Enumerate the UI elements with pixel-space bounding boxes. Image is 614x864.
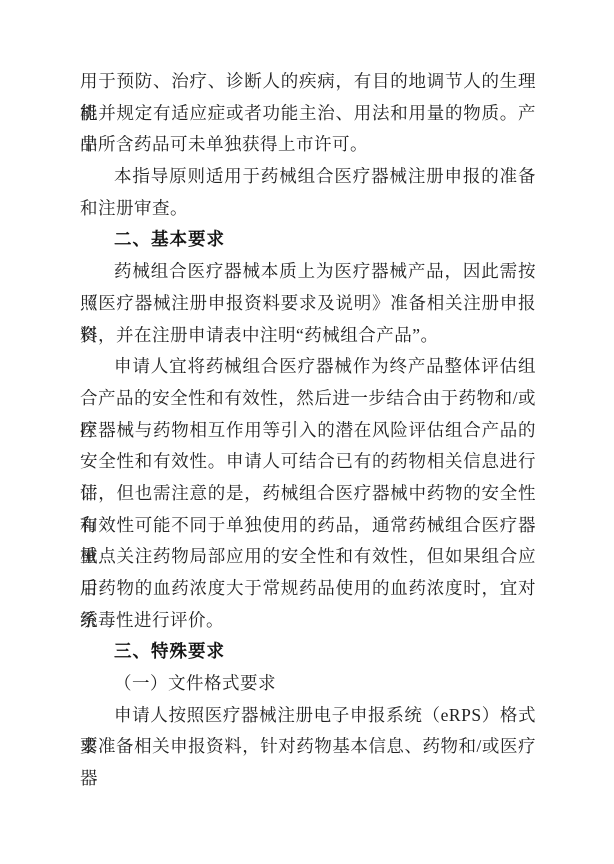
- text-line: 疗器械与药物相互作用等引入的潜在风险评估组合产品的: [80, 415, 536, 447]
- section-heading: 三、特殊要求: [80, 636, 536, 668]
- text-line: 《医疗器械注册申报资料要求及说明》准备相关注册申报资: [80, 288, 536, 320]
- text-line: 重点关注药物局部应用的安全性和有效性，但如果组合应用: [80, 541, 536, 573]
- text-line: 申请人宜将药械组合医疗器械作为终产品整体评估组: [80, 351, 536, 383]
- text-line: 申请人按照医疗器械注册电子申报系统（eRPS）格式要: [80, 700, 536, 732]
- text-line: 安全性和有效性。申请人可结合已有的药物相关信息进行评: [80, 446, 536, 478]
- text-line: 用于预防、治疗、诊断人的疾病，有目的地调节人的生理机: [80, 66, 536, 98]
- document-page: 用于预防、治疗、诊断人的疾病，有目的地调节人的生理机能并规定有适应症或者功能主治…: [0, 0, 614, 864]
- text-line: 药械组合医疗器械本质上为医疗器械产品，因此需按照: [80, 256, 536, 288]
- text-line: 能并规定有适应症或者功能主治、用法和用量的物质。产品: [80, 98, 536, 130]
- text-line: 有效性可能不同于单独使用的药品，通常药械组合医疗器械: [80, 510, 536, 542]
- text-line: 和注册审查。: [80, 193, 536, 225]
- text-line: 中所含药品可未单独获得上市许可。: [80, 129, 536, 161]
- text-line: 后药物的血药浓度大于常规药品使用的血药浓度时，宜对系: [80, 573, 536, 605]
- text-line: 估，但也需注意的是，药械组合医疗器械中药物的安全性和: [80, 478, 536, 510]
- text-line: 统毒性进行评价。: [80, 605, 536, 637]
- text-line: 本指导原则适用于药械组合医疗器械注册申报的准备: [80, 161, 536, 193]
- text-line: （一）文件格式要求: [80, 668, 536, 700]
- document-lines: 用于预防、治疗、诊断人的疾病，有目的地调节人的生理机能并规定有适应症或者功能主治…: [80, 66, 536, 763]
- text-line: 料，并在注册申请表中注明“药械组合产品”。: [80, 320, 536, 352]
- text-line: 求准备相关申报资料，针对药物基本信息、药物和/或医疗器: [80, 731, 536, 763]
- section-heading: 二、基本要求: [80, 224, 536, 256]
- text-line: 合产品的安全性和有效性，然后进一步结合由于药物和/或医: [80, 383, 536, 415]
